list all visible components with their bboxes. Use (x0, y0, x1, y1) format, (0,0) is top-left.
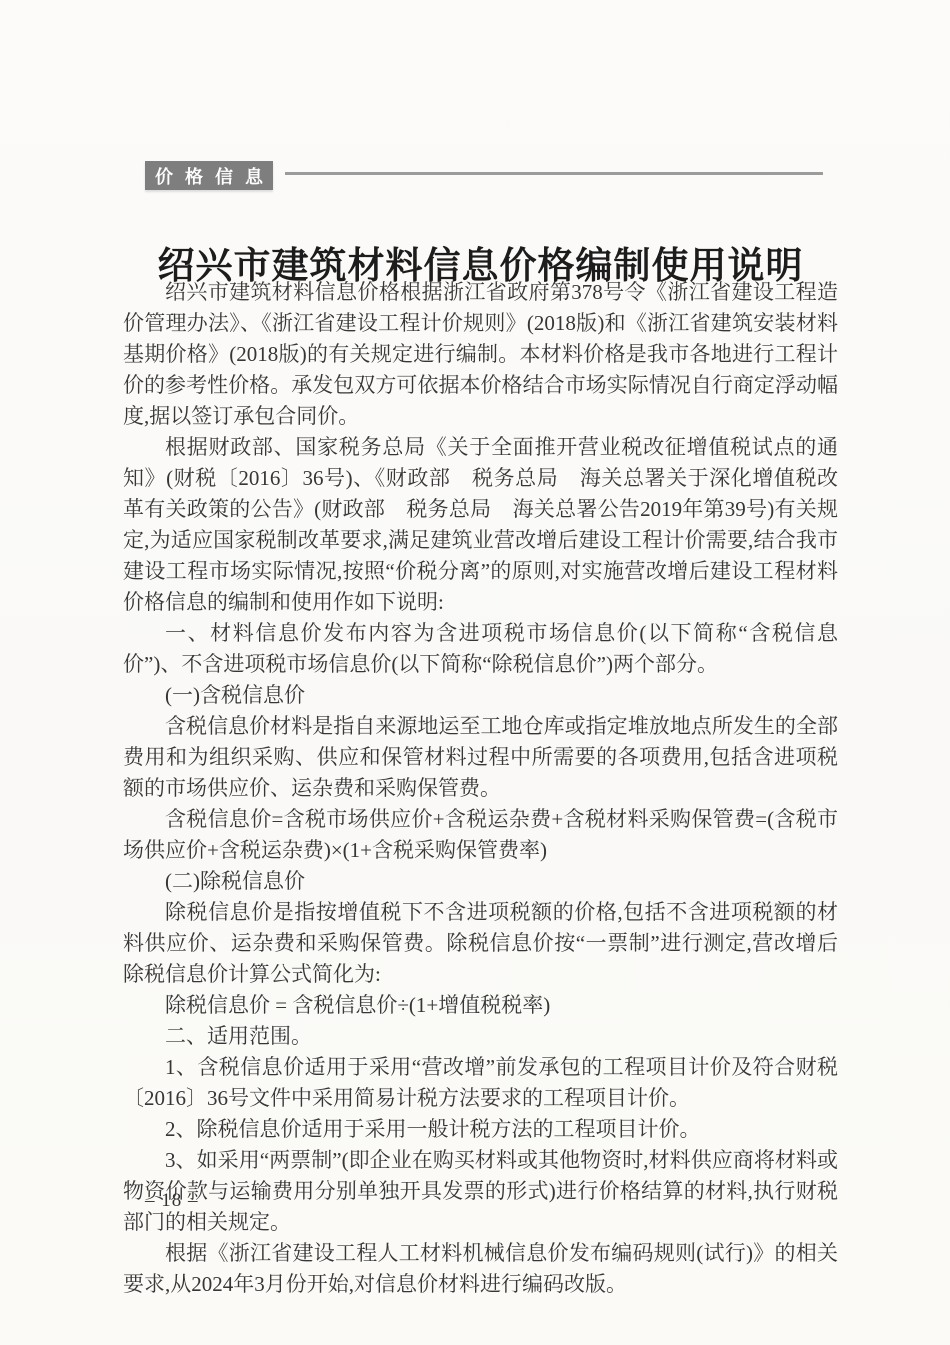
paragraph-compilation-basis: 绍兴市建筑材料信息价格根据浙江省政府第378号令《浙江省建设工程造价管理办法》、… (123, 277, 838, 432)
section-badge: 价格信息 (145, 161, 273, 190)
paragraph-untaxed-price-definition: 除税信息价是指按增值税下不含进项税额的价格,包括不含进项税额的材料供应价、运杂费… (123, 897, 838, 990)
subsection-1-2-heading: (二)除税信息价 (123, 866, 838, 897)
paragraph-taxed-price-definition: 含税信息价材料是指自来源地运至工地仓库或指定堆放地点所发生的全部费用和为组织采购… (123, 711, 838, 804)
paragraph-coding-revision: 根据《浙江省建设工程人工材料机械信息价发布编码规则(试行)》的相关要求,从202… (123, 1238, 838, 1300)
scope-item-1: 1、含税信息价适用于采用“营改增”前发承包的工程项目计价及符合财税〔2016〕3… (123, 1052, 838, 1114)
scope-item-3: 3、如采用“两票制”(即企业在购买材料或其他物资时,材料供应商将材料或物资价款与… (123, 1145, 838, 1238)
section-2-heading: 二、适用范围。 (123, 1021, 838, 1052)
formula-untaxed-price: 除税信息价 = 含税信息价÷(1+增值税税率) (123, 990, 838, 1021)
subsection-1-1-heading: (一)含税信息价 (123, 680, 838, 711)
document-body: 绍兴市建筑材料信息价格根据浙江省政府第378号令《浙江省建设工程造价管理办法》、… (123, 277, 838, 1300)
formula-taxed-price: 含税信息价=含税市场供应价+含税运杂费+含税材料采购保管费=(含税市场供应价+含… (123, 804, 838, 866)
section-badge-label: 价格信息 (143, 163, 275, 189)
scope-item-2: 2、除税信息价适用于采用一般计税方法的工程项目计价。 (123, 1114, 838, 1145)
section-1-content: 一、材料信息价发布内容为含进项税市场信息价(以下简称“含税信息价”)、不含进项税… (123, 618, 838, 680)
page-number: – 18 – (145, 1190, 199, 1212)
document-page: 价格信息 绍兴市建筑材料信息价格编制使用说明 绍兴市建筑材料信息价格根据浙江省政… (0, 0, 950, 1345)
header-rule (285, 172, 823, 175)
paragraph-tax-policy-basis: 根据财政部、国家税务总局《关于全面推开营业税改征增值税试点的通知》(财税〔201… (123, 432, 838, 618)
